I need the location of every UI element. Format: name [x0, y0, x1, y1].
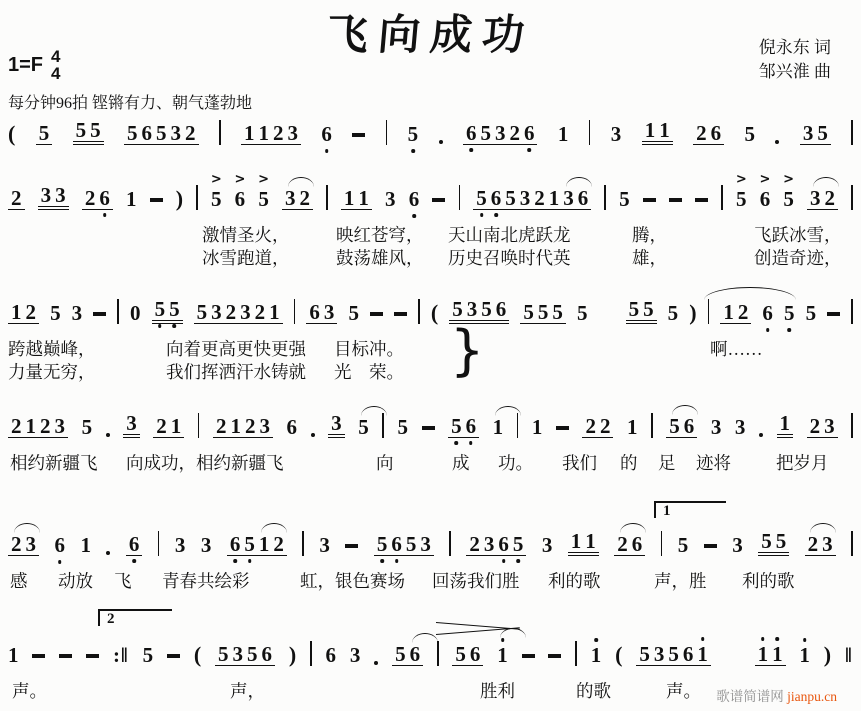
beam-group: 3 — [328, 413, 345, 438]
note: 6 — [711, 123, 722, 144]
lyric-segment: 鼓荡雄风， — [336, 245, 424, 270]
lyric-segment: 虹，银色赛场 — [300, 568, 405, 593]
beam-group: 65326 — [463, 123, 538, 145]
barline — [851, 185, 853, 210]
volta-bracket-1: 1 — [654, 501, 726, 518]
note: 5> — [211, 189, 222, 210]
beam-group: 55 — [73, 120, 104, 145]
barline — [449, 531, 451, 556]
note: 5 — [776, 531, 787, 552]
dash — [827, 312, 840, 316]
note: 3 — [495, 123, 506, 144]
lyric-segment: 冰雪跑道， — [202, 245, 290, 270]
barline — [382, 413, 384, 438]
barline — [589, 120, 591, 145]
note: 6 — [466, 123, 477, 144]
lyric-segment: 目标冲。 — [334, 336, 404, 361]
note: 1 — [8, 645, 19, 666]
note: 5> — [258, 189, 269, 210]
note: 3 — [171, 123, 182, 144]
note: 5 — [406, 534, 417, 555]
note: 5 — [643, 299, 654, 320]
note: 1 — [758, 644, 769, 665]
note: 2 — [825, 188, 836, 209]
note: 3 — [324, 302, 335, 323]
beam-group: 23 — [8, 534, 39, 556]
accent-mark: > — [234, 173, 245, 186]
barline — [418, 299, 420, 324]
note: 2 — [11, 534, 22, 555]
dash — [352, 133, 365, 137]
beam-group: 63 — [306, 302, 337, 324]
barline — [661, 531, 663, 556]
lyric-segment: 迹将 — [696, 450, 731, 475]
note: 3 — [55, 416, 66, 437]
note: 5 — [481, 299, 492, 320]
lyric-segment: 声。 — [12, 678, 47, 703]
note: 5 — [761, 531, 772, 552]
note: 2 — [585, 416, 596, 437]
lyric-segment: 利的歌 — [742, 568, 795, 593]
aug — [311, 433, 315, 437]
time-signature: 4 4 — [51, 48, 60, 83]
note: 2 — [273, 123, 284, 144]
volta-label: 1 — [663, 503, 671, 519]
note: 5 — [452, 299, 463, 320]
note: 6 — [683, 644, 694, 665]
lyric-segment: 激情圣火， — [202, 222, 290, 247]
accent-mark: > — [736, 173, 747, 186]
note: 6 — [99, 188, 110, 209]
dash — [59, 654, 72, 658]
note: 5 — [39, 123, 50, 144]
watermark-url: jianpu.cn — [787, 689, 837, 704]
decrescendo-hairpin — [436, 621, 520, 636]
note: 5 — [513, 534, 524, 555]
note: 2 — [216, 416, 227, 437]
note: 5 — [218, 644, 229, 665]
accent-mark: > — [258, 173, 269, 186]
watermark-site: 歌谱简谱网 — [716, 689, 784, 704]
tempo-marking: 每分钟96拍 铿锵有力、朝气蓬勃地 — [8, 90, 252, 113]
beam-group: 32 — [807, 188, 838, 210]
lyric-segment: 我们挥洒汗水铸就 — [166, 359, 306, 384]
note: 2 — [85, 188, 96, 209]
lyric-segment: 光 荣。 — [334, 359, 404, 384]
note: 3 — [26, 534, 37, 555]
note: 6 — [524, 123, 535, 144]
note: 3 — [563, 188, 574, 209]
lyric-segment: 感 — [10, 568, 28, 593]
lyrics-line: 力量无穷，我们挥洒汗水铸就光 荣。 — [6, 359, 855, 382]
system-4: 212353212123635556112215633123相约新疆飞向成功，相… — [6, 399, 855, 473]
note: 2 — [696, 123, 707, 144]
system-3: 1253055532321635(53565555555)12655}跨越巅峰，… — [6, 285, 855, 382]
note: 2 — [617, 534, 628, 555]
note: 6 — [470, 644, 481, 665]
note: 5 — [377, 534, 388, 555]
note: 3 — [126, 413, 137, 434]
note: 3 — [420, 534, 431, 555]
lyric-segment: 我们 — [562, 450, 597, 475]
final-barline: ‖ — [845, 645, 853, 666]
beam-group: 2 — [8, 188, 25, 210]
barline — [721, 185, 723, 210]
note: 5 — [50, 303, 61, 324]
note: 5 — [817, 123, 828, 144]
barline — [196, 185, 198, 210]
paren: ) — [689, 302, 696, 324]
note: 5 — [143, 645, 154, 666]
note: 5 — [523, 302, 534, 323]
note: 6 — [262, 644, 273, 665]
note: 5 — [395, 644, 406, 665]
note: 5 — [358, 417, 369, 438]
watermark: 歌谱简谱网 jianpu.cn — [716, 685, 837, 705]
sheet-music-page: 飞向成功 倪永东 词 邹兴淮 曲 1=F 4 4 每分钟96拍 铿锵有力、朝气蓬… — [0, 0, 861, 711]
dash — [93, 312, 106, 316]
note: 3 — [259, 416, 270, 437]
note: 5 — [156, 123, 167, 144]
note: 6 — [409, 189, 420, 210]
note: 1 — [259, 534, 270, 555]
notes-row: 233261)5>6>5>3211365653213655>6>5>32 — [6, 171, 855, 222]
note: 3 — [175, 535, 186, 556]
dash — [422, 426, 435, 430]
note: 5 — [155, 299, 166, 320]
beam-group: 22 — [582, 416, 613, 438]
note: 1 — [358, 188, 369, 209]
paren: ) — [824, 644, 831, 666]
note: 1 — [585, 531, 596, 552]
beam-group: 33 — [38, 185, 69, 210]
dash — [370, 312, 383, 316]
lyric-segment: 足 — [658, 450, 676, 475]
note: 3 — [467, 299, 478, 320]
note: 1 — [258, 123, 269, 144]
barline — [302, 531, 304, 556]
barline — [117, 299, 119, 324]
note: 3 — [350, 645, 361, 666]
paren: ) — [289, 644, 296, 666]
note: 1 — [497, 645, 508, 666]
note: 2 — [26, 302, 37, 323]
note: 1 — [780, 413, 791, 434]
note: 6 — [578, 188, 589, 209]
beam-group: 35 — [800, 123, 831, 145]
repeat-barline: :‖ — [113, 645, 129, 666]
beam-group: 2365 — [466, 534, 526, 556]
paren: ( — [431, 302, 438, 324]
note: 5 — [668, 303, 679, 324]
note: 3 — [41, 185, 52, 206]
beam-group: 6512 — [227, 534, 287, 556]
note: 1 — [230, 416, 241, 437]
aug — [374, 661, 378, 665]
note: 3 — [385, 189, 396, 210]
lyric-segment: 向 — [376, 450, 394, 475]
lyric-segment: 把岁月 — [776, 450, 829, 475]
paren: ( — [615, 644, 622, 666]
note: 6 — [54, 535, 65, 556]
note: 2 — [534, 188, 545, 209]
note: 5 — [629, 299, 640, 320]
accent-mark: > — [211, 173, 222, 186]
beam-group: 1123 — [241, 123, 301, 145]
note: 6 — [632, 534, 643, 555]
note: 3 — [55, 185, 66, 206]
barline — [851, 413, 853, 438]
composer-credit: 邹兴淮 曲 — [759, 60, 831, 84]
barline — [310, 641, 312, 666]
note: 6 — [287, 417, 298, 438]
beam-group: 56532136 — [473, 188, 591, 210]
note: 3 — [211, 302, 222, 323]
note: 5 — [806, 303, 817, 324]
note: 6 — [762, 303, 773, 324]
note: 6 — [410, 644, 421, 665]
aug — [439, 140, 443, 144]
system-5: 23616336512356532365311265355231感动放飞青春共绘… — [6, 501, 855, 591]
note: 5 — [127, 123, 138, 144]
lyric-segment: 向成功，相约新疆飞 — [126, 450, 284, 475]
barline — [708, 299, 710, 324]
beam-group: 32 — [282, 188, 313, 210]
time-signature-denominator: 4 — [51, 65, 60, 82]
lyric-segment: 动放 — [58, 568, 93, 593]
beam-group: 11 — [341, 188, 372, 210]
note: 6 — [498, 534, 509, 555]
barline — [219, 120, 221, 145]
beam-group: 11 — [755, 644, 786, 666]
lyric-segment: 胜利 — [480, 678, 515, 703]
lyric-segment: 利的歌 — [548, 568, 601, 593]
note: 5 — [745, 124, 756, 145]
notes-row: 2361633651235653236531126535523 — [6, 501, 855, 568]
note: 6 — [142, 123, 153, 144]
lyric-segment: 雄， — [632, 245, 667, 270]
note: 6> — [235, 189, 246, 210]
beam-group: 12 — [720, 302, 751, 324]
barline — [386, 120, 388, 145]
note: 1 — [11, 302, 22, 323]
note: 6 — [491, 188, 502, 209]
beam-group: 26 — [693, 123, 724, 145]
beam-group: 56 — [448, 416, 479, 438]
lyric-segment: 青春共绘彩 — [162, 568, 250, 593]
beam-group: 3 — [123, 413, 140, 438]
beam-group: 21 — [153, 416, 184, 438]
note: 2 — [156, 416, 167, 437]
note: 1 — [269, 302, 280, 323]
lyric-segment: 历史召唤时代英 — [448, 245, 571, 270]
lyric-segment: 回荡我们胜 — [432, 568, 520, 593]
lyric-segment: 力量无穷， — [8, 359, 96, 384]
lyric-segment: 天山南北虎跃龙 — [448, 222, 571, 247]
note: 3 — [711, 417, 722, 438]
note: 5 — [784, 303, 795, 324]
lyric-segment: 功。 — [498, 450, 533, 475]
note: 3 — [319, 535, 330, 556]
note: 3 — [803, 123, 814, 144]
notes-row: 212353212123635556112215633123 — [6, 399, 855, 450]
barline — [851, 120, 853, 145]
note: 6 — [684, 416, 695, 437]
paren: ) — [176, 188, 183, 210]
beam-group: 56 — [392, 644, 423, 666]
paren: ( — [8, 123, 15, 145]
dash — [522, 654, 535, 658]
note: 3 — [287, 123, 298, 144]
dash — [669, 198, 682, 202]
beam-group: 2123 — [213, 416, 273, 438]
key-signature: 1=F — [8, 54, 43, 77]
beam-group: 55 — [758, 531, 789, 556]
note: 5 — [82, 417, 93, 438]
note: 1 — [645, 120, 656, 141]
dash — [556, 426, 569, 430]
note: 3 — [732, 535, 743, 556]
beam-group: 555 — [520, 302, 566, 324]
beam-group: 56532 — [124, 123, 199, 145]
dash — [695, 198, 708, 202]
lyricist-credit: 倪永东 词 — [759, 36, 831, 60]
dash — [643, 198, 656, 202]
note: 5 — [476, 188, 487, 209]
barline — [437, 641, 439, 666]
lyrics-line: 相约新疆飞向成功，相约新疆飞向成功。我们的足迹将把岁月 — [6, 450, 855, 473]
note: 5 — [678, 535, 689, 556]
lyric-segment: 飞跃冰雪， — [754, 222, 842, 247]
note: 1 — [591, 645, 602, 666]
note: 1 — [558, 124, 569, 145]
barline — [851, 299, 853, 324]
note: 1 — [493, 417, 504, 438]
note: 2 — [226, 302, 237, 323]
beam-group: 5653 — [374, 534, 434, 556]
volta-bracket-2: 2 — [98, 609, 172, 626]
paren: ( — [194, 644, 201, 666]
accent-mark: > — [760, 173, 771, 186]
beam-group: 2123 — [8, 416, 68, 438]
notes-row: (5555653211236565326131126535 — [6, 112, 855, 157]
lyric-segment: 声， — [230, 678, 265, 703]
lyrics-line: 跨越巅峰，向着更高更快更强目标冲。啊…… — [6, 336, 855, 359]
beam-group: 53561 — [636, 644, 711, 666]
note: 1 — [659, 120, 670, 141]
aug — [759, 433, 763, 437]
note: 1 — [26, 416, 37, 437]
note: 6 — [326, 645, 337, 666]
dash — [345, 544, 358, 548]
note: 2 — [185, 123, 196, 144]
note: 2 — [808, 534, 819, 555]
note: 1 — [697, 644, 708, 665]
note: 3 — [542, 535, 553, 556]
beam-group: 26 — [82, 188, 113, 210]
beam-group: 56 — [452, 644, 483, 666]
note: 5 — [505, 188, 516, 209]
note: 0 — [130, 303, 141, 324]
note: 2 — [600, 416, 611, 437]
barline — [459, 185, 461, 210]
barline — [158, 531, 160, 556]
note: 5 — [451, 416, 462, 437]
volta-label: 2 — [107, 611, 115, 627]
note: 1 — [723, 302, 734, 323]
note: 5 — [668, 644, 679, 665]
note: 3 — [520, 188, 531, 209]
song-title: 飞向成功 — [0, 2, 861, 62]
note: 3 — [240, 302, 251, 323]
note: 1 — [244, 123, 255, 144]
note: 5 — [244, 534, 255, 555]
note: 2 — [255, 302, 266, 323]
note: 1 — [80, 535, 91, 556]
score-body: (5555653211236565326131126535233261)5>6>… — [0, 112, 861, 701]
note: 2 — [738, 302, 749, 323]
lyric-segment: 啊…… — [710, 336, 763, 361]
lyrics-line: 冰雪跑道，鼓荡雄风，历史召唤时代英雄，创造奇迹， — [6, 245, 855, 268]
note: 3 — [810, 188, 821, 209]
note: 3 — [735, 417, 746, 438]
beam-group: 6 — [126, 534, 143, 556]
note: 3 — [611, 124, 622, 145]
tie-mark — [412, 633, 438, 643]
note: 5 — [639, 644, 650, 665]
aug — [106, 551, 110, 555]
lyric-segment: 跨越巅峰， — [8, 336, 96, 361]
note: 2 — [810, 416, 821, 437]
key-time-signature: 1=F 4 4 — [8, 48, 61, 83]
note: 5 — [538, 302, 549, 323]
beam-group: 5 — [36, 123, 53, 145]
lyric-segment: 的 — [620, 450, 638, 475]
lyric-segment: 声，胜 — [654, 568, 707, 593]
note: 1 — [799, 645, 810, 666]
aug — [106, 433, 110, 437]
note: 2 — [273, 534, 284, 555]
note: 3 — [654, 644, 665, 665]
note: 1 — [571, 531, 582, 552]
aug — [775, 140, 779, 144]
note: 5 — [169, 299, 180, 320]
note: 5 — [90, 120, 101, 141]
note: 5> — [783, 189, 794, 210]
beam-group: 55 — [626, 299, 657, 324]
lyric-segment: 的歌 — [576, 678, 611, 703]
note: 1 — [772, 644, 783, 665]
note: 2 — [40, 416, 51, 437]
note: 6 — [466, 416, 477, 437]
beam-group: 23 — [805, 534, 836, 556]
lyric-segment: 声。 — [666, 678, 701, 703]
note: 5 — [577, 303, 588, 324]
lyric-segment: 相约新疆飞 — [10, 450, 98, 475]
barline — [851, 531, 853, 556]
note: 1 — [532, 417, 543, 438]
barline — [326, 185, 328, 210]
barline — [198, 413, 200, 438]
lyric-segment: 成 — [452, 450, 470, 475]
note: 6 — [321, 124, 332, 145]
note: 3 — [822, 534, 833, 555]
note: 2 — [11, 188, 22, 209]
note: 3 — [484, 534, 495, 555]
note: 5 — [669, 416, 680, 437]
note: 5 — [619, 189, 630, 210]
beam-group: 12 — [8, 302, 39, 324]
